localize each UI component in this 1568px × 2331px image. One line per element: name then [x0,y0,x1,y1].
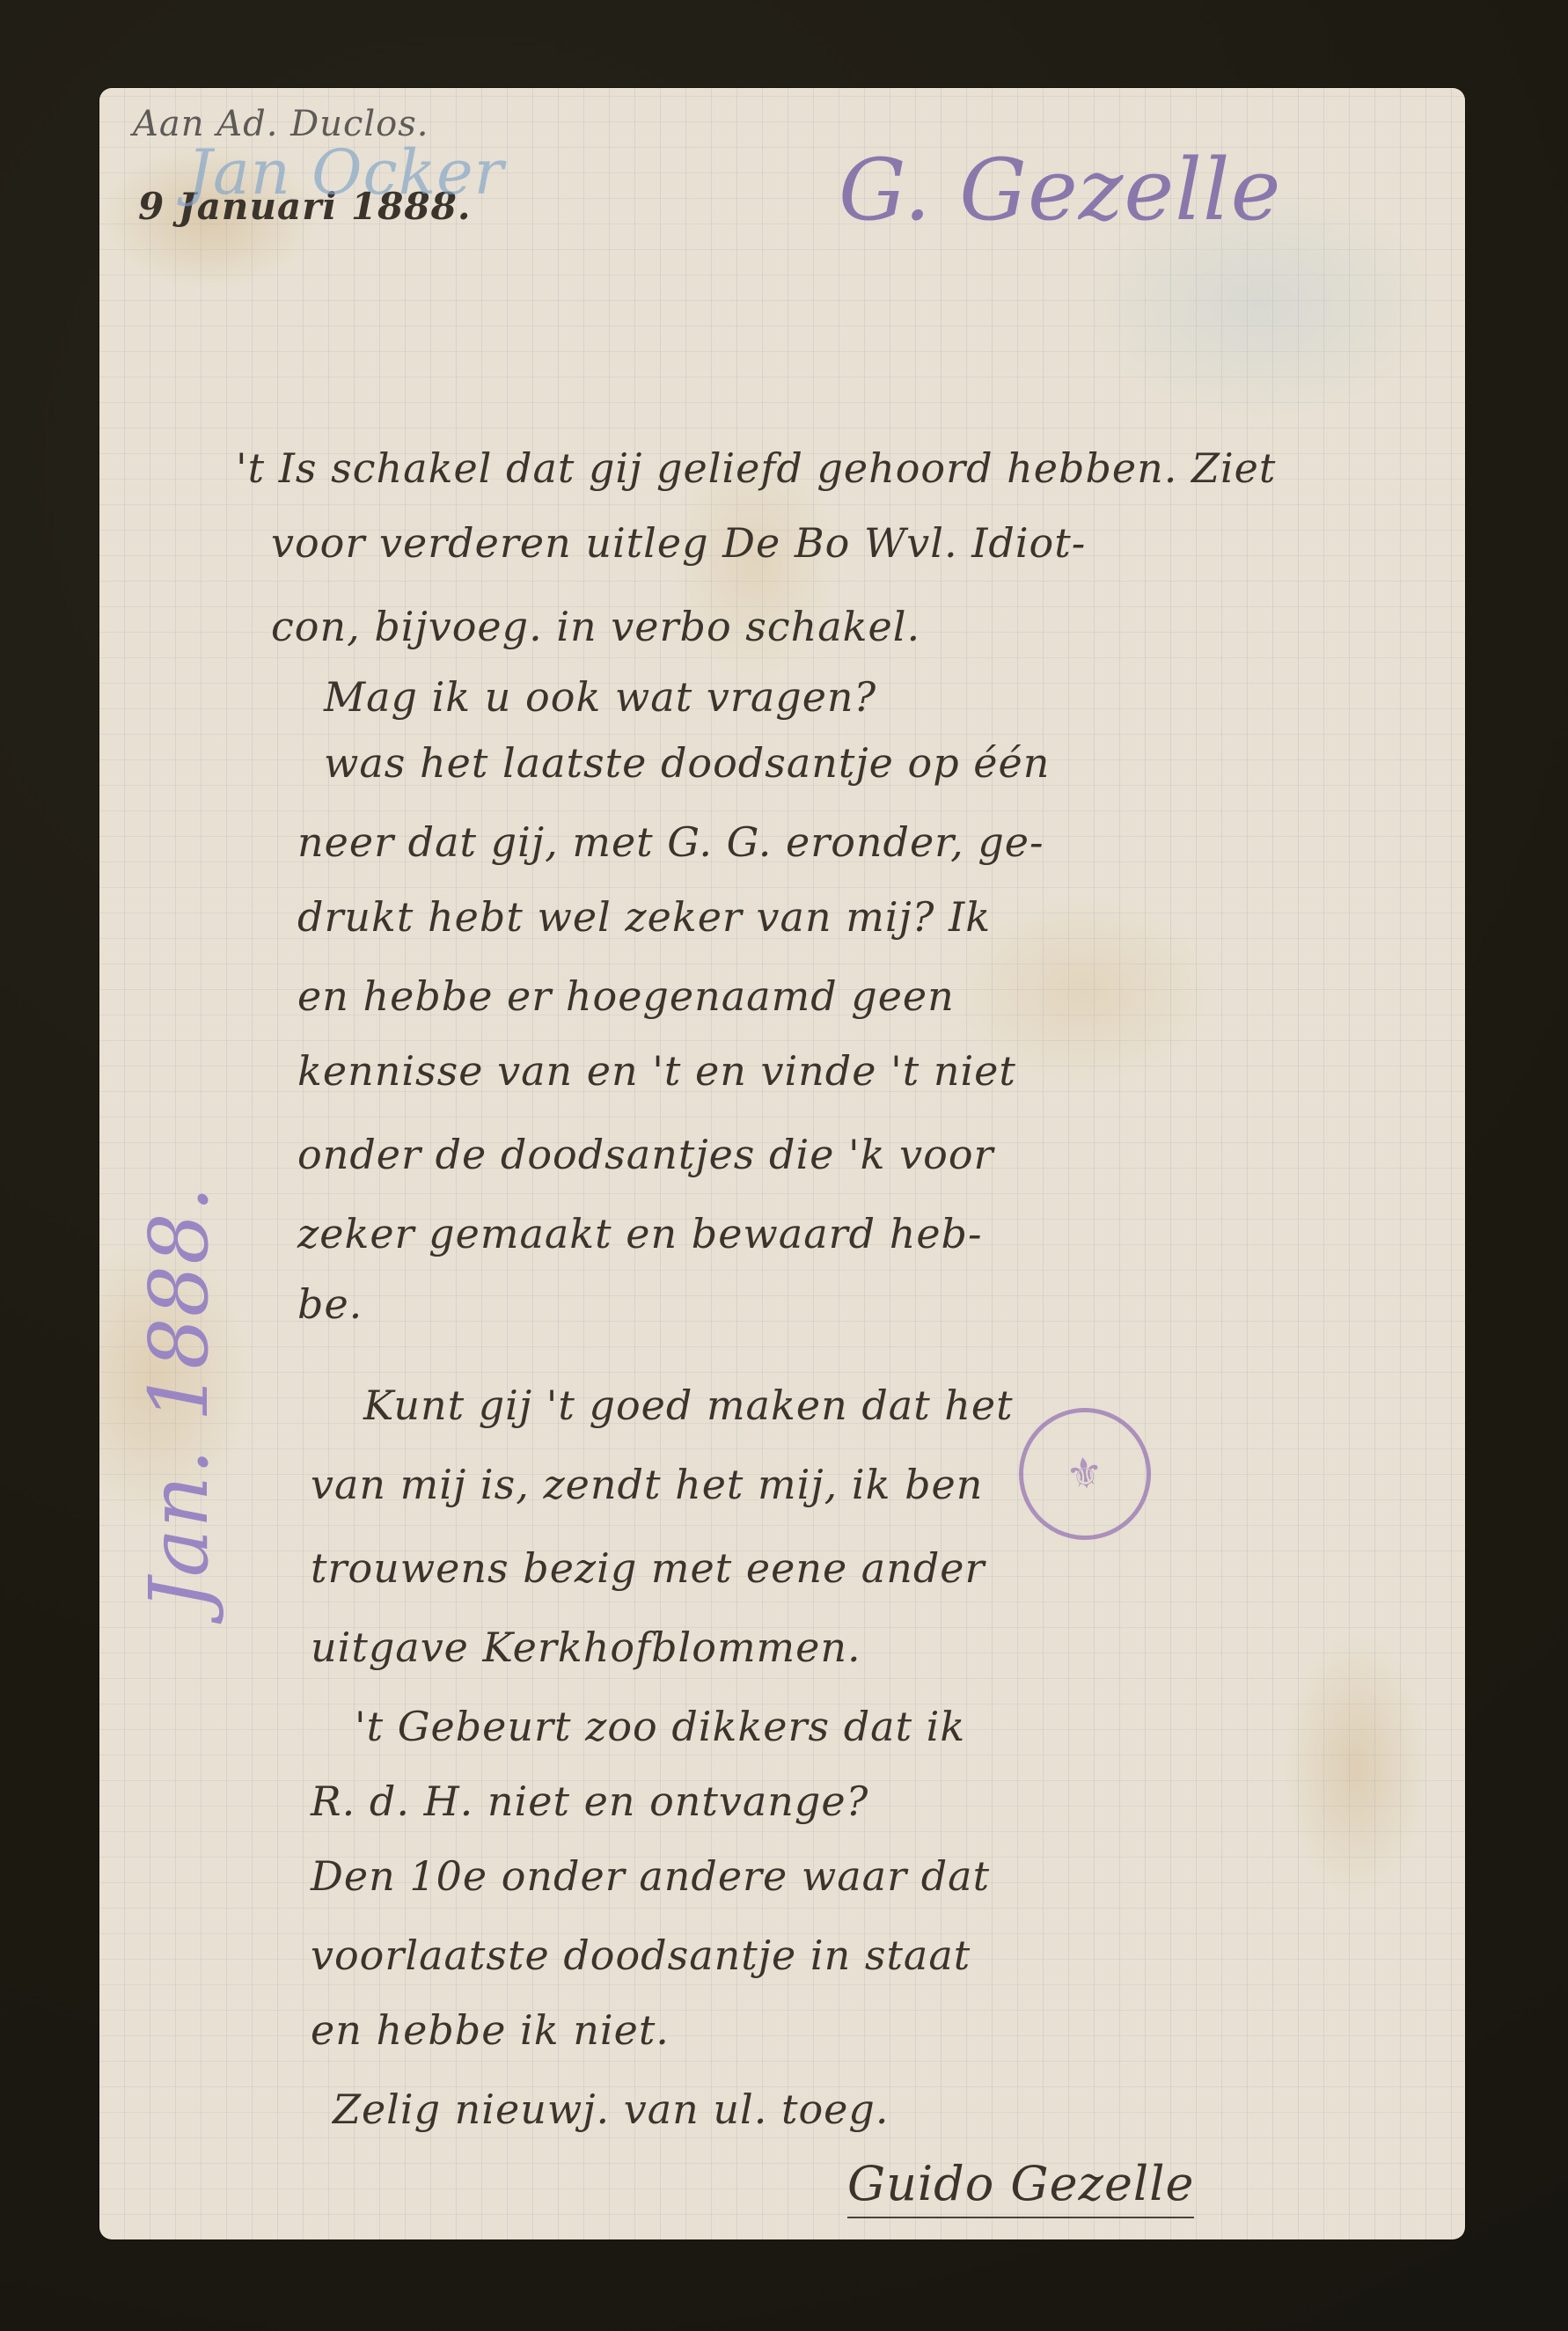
signature: Guido Gezelle [847,2156,1194,2218]
body-line-3: con, bijvoeg. in verbo schakel. [271,603,920,650]
letter-page: Aan Ad. Duclos. 9 Januari 1888. Jan Ocke… [99,88,1465,2239]
stamp-monogram-icon: ⚜ [1063,1447,1107,1500]
author-name-note: G. Gezelle [839,141,1281,239]
body-line-2: voor verderen uitleg De Bo Wvl. Idiot- [271,519,1086,567]
body-line-16: uitgave Kerkhofblommen. [311,1624,861,1671]
body-line-20: voorlaatste doodsantje in staat [311,1932,971,1979]
closing-line: Zelig nieuwj. van ul. toeg. [333,2085,889,2133]
body-line-9: kennisse van en 't en vinde 't niet [297,1047,1016,1095]
body-line-1: 't Is schakel dat gij geliefd gehoord he… [236,444,1276,492]
margin-date-note: Jan. 1888. [132,1185,226,1610]
body-line-19: Den 10e onder andere waar dat [311,1852,990,1900]
body-line-14: van mij is, zendt het mij, ik ben [311,1461,983,1508]
body-line-17: 't Gebeurt zoo dikkers dat ik [355,1703,965,1750]
body-line-15: trouwens bezig met eene ander [311,1544,985,1592]
body-line-7: drukt hebt wel zeker van mij? Ik [297,893,991,941]
body-line-21: en hebbe ik niet. [311,2006,670,2054]
body-line-4: Mag ik u ook wat vragen? [324,673,876,721]
body-line-10: onder de doodsantjes die 'k voor [297,1131,994,1178]
archive-stamp: ⚜ [1010,1399,1159,1548]
body-line-11: zeker gemaakt en bewaard heb- [297,1210,983,1257]
body-line-12: be. [297,1280,363,1328]
body-line-8: en hebbe er hoegenaamd geen [297,972,955,1020]
body-line-13: Kunt gij 't goed maken dat het [363,1382,1014,1429]
body-line-5: was het laatste doodsantje op één [324,739,1050,787]
body-line-18: R. d. H. niet en ontvange? [311,1778,868,1825]
body-line-6: neer dat gij, met G. G. eronder, ge- [297,818,1044,866]
blue-pencil-note: Jan Ocker [187,136,504,209]
